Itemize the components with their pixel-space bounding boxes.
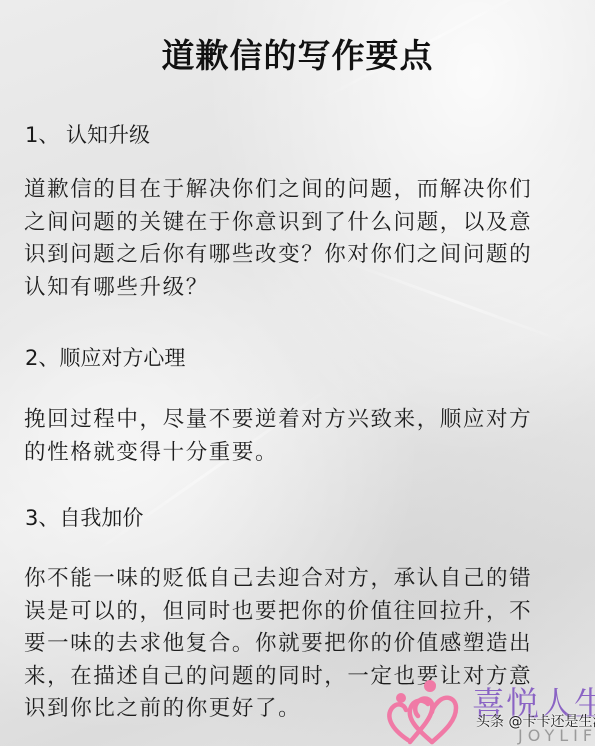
text-line: 认知有哪些升级？ bbox=[24, 272, 576, 305]
text-line: 要一味的去求他复合。你就要把你的价值感塑造出 bbox=[24, 628, 576, 661]
watermark: 喜悦人生 JOYLIFE 头条 @卡卡还是生活 bbox=[380, 678, 595, 746]
section-body-1: 道歉信的目在于解决你们之间的问题，而解决你们 之间问题的关键在于你意识到了什么问… bbox=[24, 174, 576, 304]
text-line: 之间问题的关键在于你意识到了什么问题，以及意 bbox=[24, 207, 576, 240]
text-line: 你不能一味的贬低自己去迎合对方，承认自己的错 bbox=[24, 563, 576, 596]
text-line: 道歉信的目在于解决你们之间的问题，而解决你们 bbox=[24, 174, 576, 207]
page-title: 道歉信的写作要点 bbox=[0, 30, 595, 77]
double-heart-logo-icon bbox=[380, 678, 480, 746]
section-body-2: 挽回过程中，尽量不要逆着对方兴致来，顺应对方 的性格就变得十分重要。 bbox=[24, 404, 576, 469]
text-line: 的性格就变得十分重要。 bbox=[24, 437, 576, 470]
section-heading-3: 3、自我加价 bbox=[25, 502, 143, 532]
watermark-source: 头条 @卡卡还是生活 bbox=[476, 711, 595, 731]
section-heading-2: 2、顺应对方心理 bbox=[25, 342, 185, 372]
text-line: 识到问题之后你有哪些改变？你对你们之间问题的 bbox=[24, 239, 576, 272]
section-heading-1: 1、 认知升级 bbox=[25, 119, 150, 149]
text-line: 误是可以的，但同时也要把你的价值往回拉升，不 bbox=[24, 596, 576, 629]
text-line: 挽回过程中，尽量不要逆着对方兴致来，顺应对方 bbox=[24, 404, 576, 437]
